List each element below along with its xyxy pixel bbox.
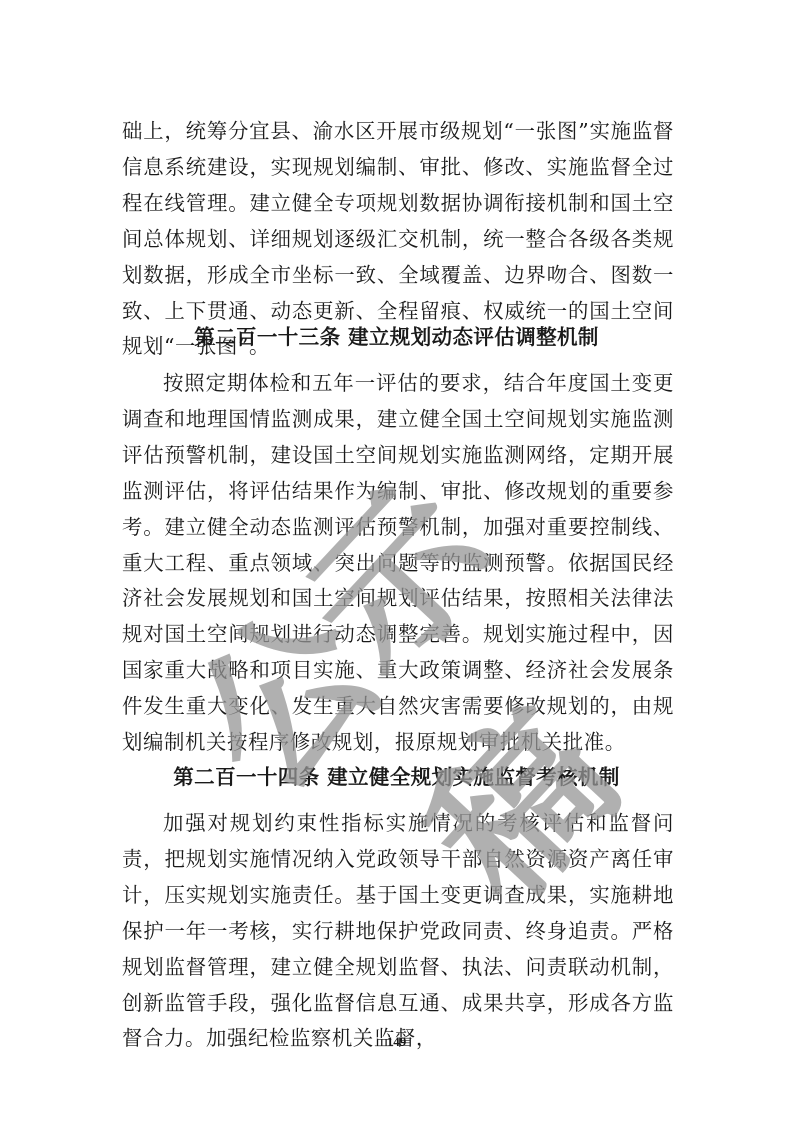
- section-body-213: 按照定期体检和五年一评估的要求，结合年度国土变更调查和地理国情监测成果，建立健全…: [122, 366, 674, 761]
- section-heading-214: 第二百一十四条 建立健全规划实施监督考核机制: [0, 760, 793, 790]
- section-heading-213: 第二百一十三条 建立规划动态评估调整机制: [0, 320, 793, 350]
- page-number: 149: [0, 1034, 793, 1050]
- document-page: 础上，统筹分宜县、渝水区开展市级规划“一张图”实施监督信息系统建设，实现规划编制…: [0, 0, 793, 1122]
- section-body-214: 加强对规划约束性指标实施情况的考核评估和监督问责，把规划实施情况纳入党政领导干部…: [122, 806, 674, 1057]
